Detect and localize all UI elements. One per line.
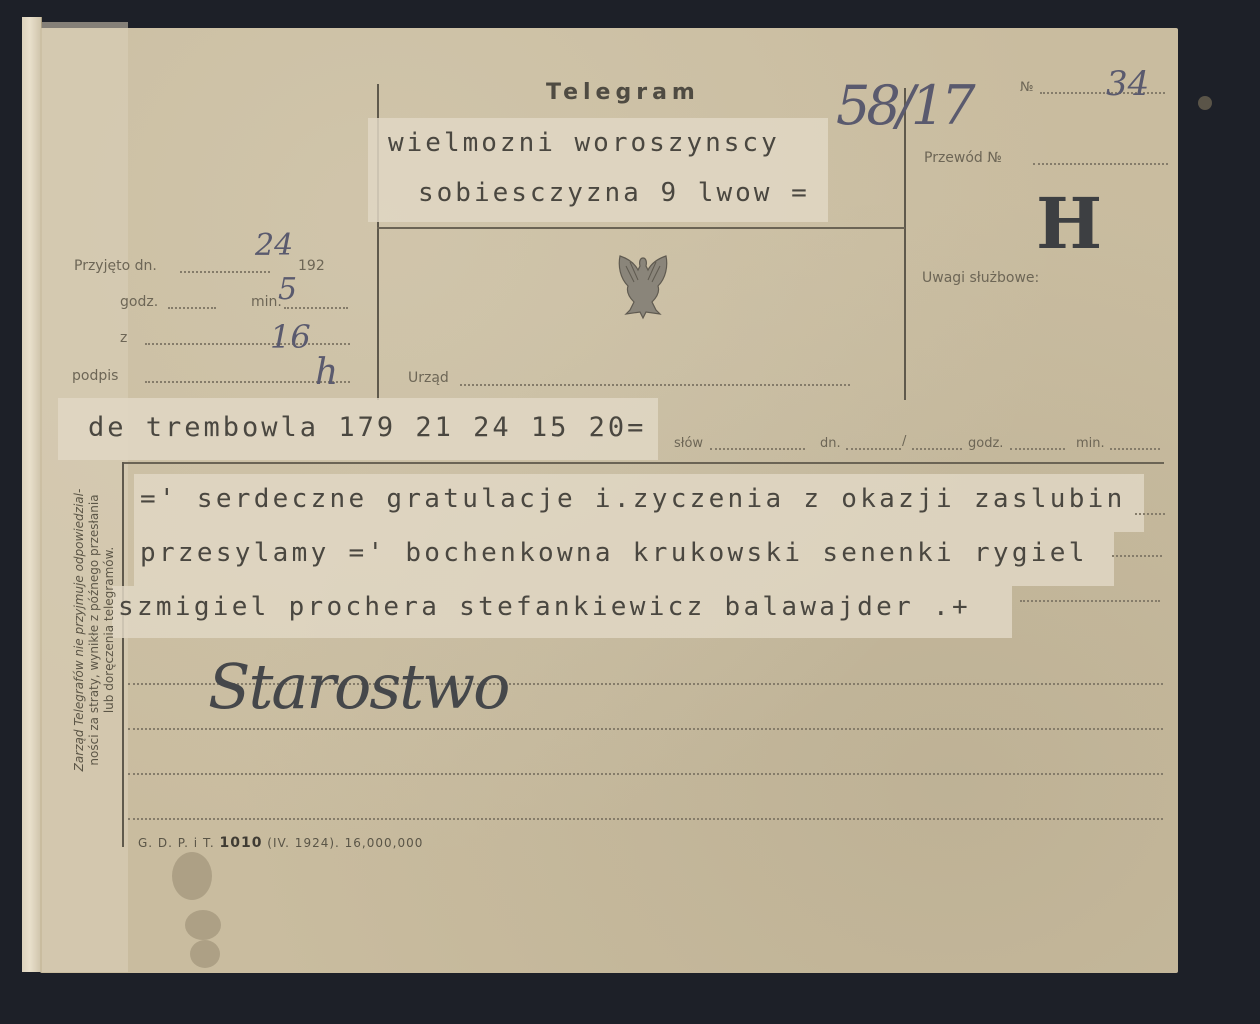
min-label: min. <box>251 294 282 310</box>
message-line-3: szmigiel prochera stefankiewicz balawajd… <box>118 592 971 622</box>
z-label: z <box>120 330 127 346</box>
podpis-value: h <box>315 352 338 393</box>
message-dots-5 <box>128 728 1163 730</box>
podpis-label: podpis <box>72 368 118 384</box>
footer-prefix: G. D. P. i T. <box>138 836 215 850</box>
stain-3 <box>190 940 220 968</box>
dn-dots-2 <box>912 448 962 450</box>
min-label-2: min. <box>1076 436 1105 451</box>
side-note-line-3: lub doręczenia telegramów. <box>102 440 117 820</box>
message-dots-7 <box>128 818 1163 820</box>
dn-dots <box>846 448 901 450</box>
urzad-dots <box>460 384 850 386</box>
przyjeto-label: Przyjęto dn. <box>74 258 157 274</box>
godz-dots <box>168 307 216 309</box>
handwritten-reference: 58/17 <box>836 74 972 137</box>
godz-label: godz. <box>120 294 158 310</box>
footer-form-number: 1010 <box>220 835 263 851</box>
min-dots <box>284 307 348 309</box>
message-dots-3 <box>1020 600 1160 602</box>
message-dots-1 <box>1135 513 1165 515</box>
message-dots-2 <box>1112 555 1162 557</box>
slow-dots <box>710 448 805 450</box>
origin-text: de trembowla 179 21 24 15 20= <box>88 412 646 443</box>
message-dots-6 <box>128 773 1163 775</box>
message-line-2: przesylamy =' bochenkowna krukowski sene… <box>140 538 1088 568</box>
signature: Starostwo <box>208 650 508 723</box>
z-value: 16 <box>270 318 311 356</box>
handwritten-mark: H <box>1036 182 1102 265</box>
min-dots-2 <box>1110 448 1160 450</box>
urzad-label: Urząd <box>408 370 449 386</box>
stain-1 <box>172 852 212 900</box>
uwagi-label: Uwagi służbowe: <box>922 270 1039 286</box>
side-note-line-1: Zarząd Telegrafów nie przyjmuje odpowied… <box>72 440 87 820</box>
number-value: 34 <box>1106 64 1149 104</box>
z-dots <box>145 343 350 345</box>
side-note: Zarząd Telegrafów nie przyjmuje odpowied… <box>72 440 132 820</box>
message-line-1: =' serdeczne gratulacje i.zyczenia z oka… <box>140 484 1126 514</box>
form-footer: G. D. P. i T. 1010 (IV. 1924). 16,000,00… <box>138 835 423 851</box>
footer-suffix: (IV. 1924). 16,000,000 <box>267 836 423 850</box>
przewod-label: Przewód № <box>924 150 1002 166</box>
stain-2 <box>185 910 221 940</box>
ink-spot <box>1198 96 1212 110</box>
address-line-1: wielmozni woroszynscy <box>388 128 780 158</box>
przewod-dots <box>1033 163 1168 165</box>
paper-fold-edge <box>22 17 42 972</box>
year-prefix: 192 <box>298 258 325 274</box>
dn-label: dn. <box>820 436 841 451</box>
przyjeto-dots <box>180 271 270 273</box>
godz-dots-2 <box>1010 448 1065 450</box>
godz-label-2: godz. <box>968 436 1003 451</box>
number-label: № <box>1020 80 1034 95</box>
polish-eagle-icon <box>612 252 674 324</box>
frame-line-mid <box>377 227 905 229</box>
telegram-title: Telegram <box>546 80 700 105</box>
frame-line-origin-bottom <box>122 462 1164 464</box>
address-line-2: sobiesczyzna 9 lwow = <box>418 178 810 208</box>
dn-slash: / <box>902 434 906 449</box>
side-note-line-2: ności za straty, wynikłe z późnego przes… <box>87 440 102 820</box>
przyjeto-day: 24 <box>255 228 293 263</box>
slow-label: słów <box>674 436 703 451</box>
